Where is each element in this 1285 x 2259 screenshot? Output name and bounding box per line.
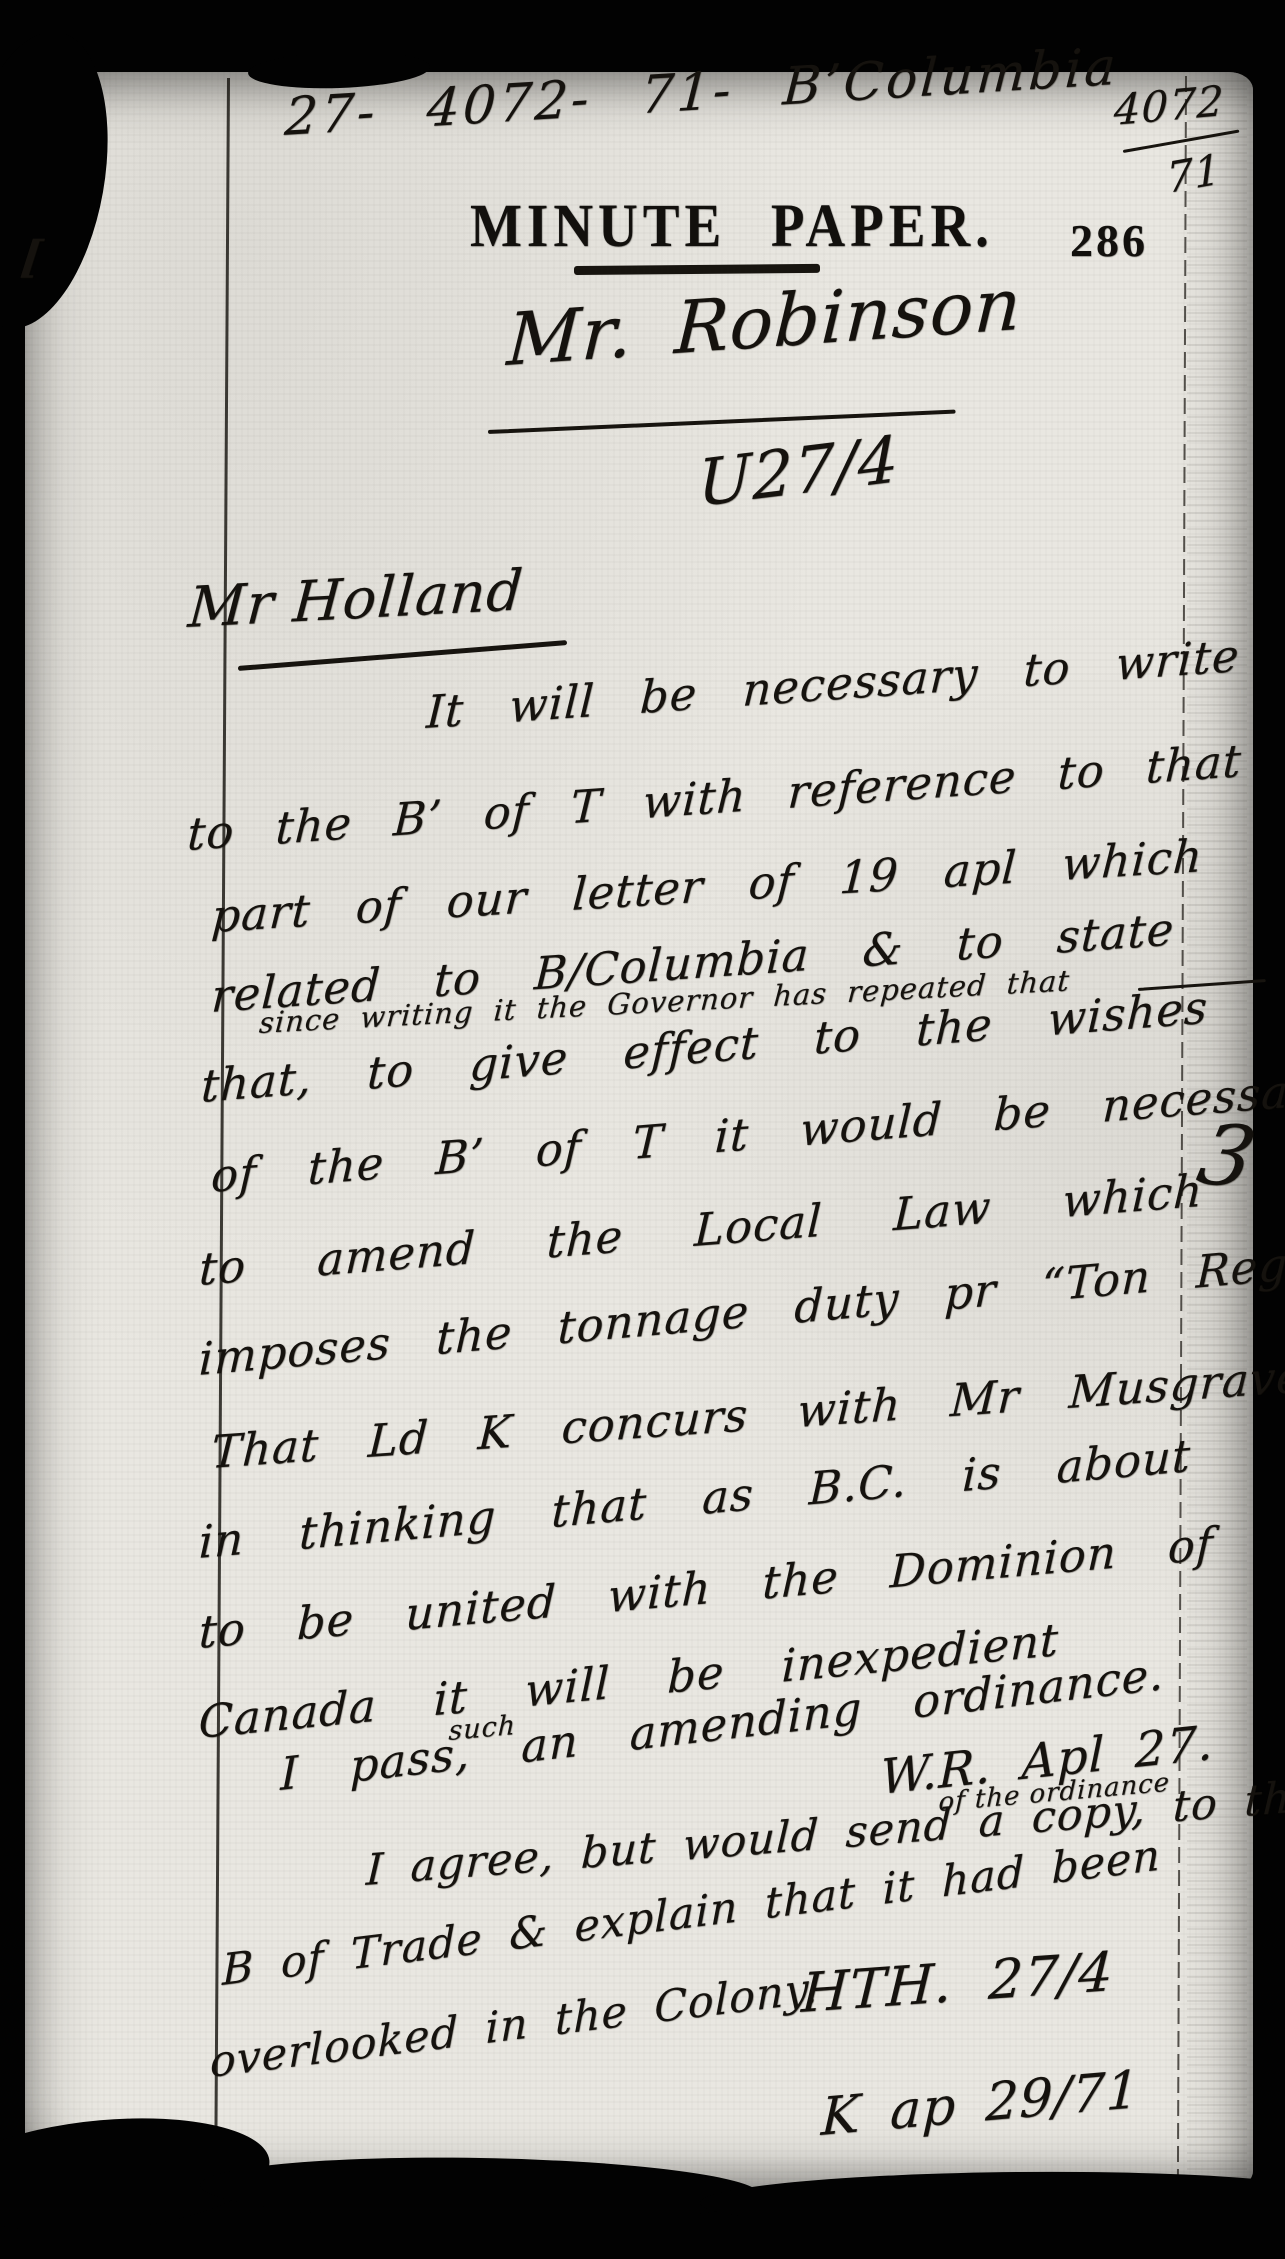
page-number: 286 xyxy=(1070,214,1148,267)
corner-reference-numerator: 4072 xyxy=(1113,76,1225,135)
minute1-insert-such: such xyxy=(448,1710,517,1747)
scanned-minute-paper: MINUTE PAPER. 286 27- 4072- 71- B’Columb… xyxy=(0,0,1285,2259)
corner-reference-denominator: 71 xyxy=(1165,144,1222,203)
minute-paper-title: MINUTE PAPER. xyxy=(470,190,994,261)
